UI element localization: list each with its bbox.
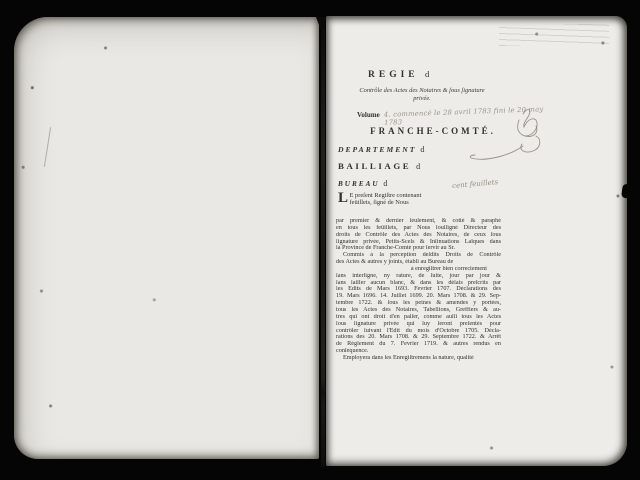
paragraph-1: par premier & dernier ſeulement, & cotté… [336,218,501,252]
text-line: contrôler ſuivant l'Edit du mois d'Octob… [336,328,501,335]
register-line-2: feüillets, ſigné de Nous [350,199,409,206]
text-line: tous les Actes des Notaires, Tabellions,… [336,307,501,314]
text-line: 19. Mars 1696. 14. Juillet 1699. 20. Mar… [336,293,501,300]
text-line: de Réglement du 7. Fevrier 1719. & autre… [336,341,501,348]
text-line: la Province de Franche-Comté pour ſervir… [336,245,501,252]
document-subtitle: Contrôle des Actes des Notaires & ſous ſ… [338,87,506,102]
dropcap-L: L [338,192,350,205]
text-line: Employera dans les Enregiſtremens la nat… [336,355,501,362]
folio-count-handwritten-note: cent feuillets [452,176,522,190]
book-scan: REGIE d Contrôle des Actes des Notaires … [0,0,640,480]
paragraph-2-opening: Commis à la perception deſdits Droits de… [336,252,501,266]
subtitle-line-1: Contrôle des Actes des Notaires & ſous ſ… [338,87,506,95]
bailliage-fill-in-letter: d [416,162,420,171]
signature-flourish [461,104,571,176]
text-line: ſignature privée, Petits-Scels & Inſinua… [336,239,501,246]
text-line: conſéquence. [336,348,501,355]
document-title: REGIE d [368,69,429,80]
subtitle-line-2: privée. [338,95,506,103]
bureau-fill-in-letter: d [383,179,387,188]
text-line: les Edits de Mars 1693. Fevrier 1707. Dé… [336,286,501,293]
left-blank-page [14,17,319,459]
bailliage-label: BAILLIAGE [338,161,411,171]
text-line: tembre 1722. & ſous les peines & amendes… [336,300,501,307]
body-text: par premier & dernier ſeulement, & cotté… [336,218,501,362]
page-content: REGIE d Contrôle des Actes des Notaires … [326,16,627,466]
text-line: ſans laiſſer aucun blanc, & dans les dél… [336,280,501,287]
text-line: rations des 20. Mars 1708. & 29. Septemb… [336,334,501,341]
text-line: des Actes & autres y joints, établi au B… [336,259,501,266]
text-line: en tous les feüillets, par Nous ſouſſign… [336,225,501,232]
paragraph-3: Employera dans les Enregiſtremens la nat… [336,355,501,362]
bailliage-heading: BAILLIAGE d [338,161,420,171]
text-line: droits de Contrôle des Actes des Notaire… [336,232,501,239]
departement-fill-in-letter: d [420,145,424,154]
text-line: par premier & dernier ſeulement, & cotté… [336,218,501,225]
page-crease [44,127,51,167]
text-line: tres qui ont droit d'en paſſer, comme au… [336,314,501,321]
register-statement: L E preſent Regiſtre contenant feüillets… [338,192,498,207]
text-line: ſans interligne, ny rature, de ſuite, jo… [336,273,501,280]
right-printed-page: REGIE d Contrôle des Actes des Notaires … [326,16,627,466]
paragraph-2-bureau-line: à enregiſtrer bien correctement [336,266,501,273]
regie-fill-in-letter: d [425,69,429,79]
paragraph-2-continuation: ſans interligne, ny rature, de ſuite, jo… [336,273,501,355]
volume-label: Volume [357,111,380,119]
bureau-label: BUREAU [338,180,380,188]
bureau-heading: BUREAU d [338,179,387,188]
text-line: ſous ſignature privée qui luy ſeront pre… [336,321,501,328]
gutter-shadow-lower [319,380,326,406]
departement-heading: DEPARTEMENT d [338,145,424,154]
departement-label: DEPARTEMENT [338,145,416,154]
text-line: Commis à la perception deſdits Droits de… [336,252,501,259]
register-line-1: E preſent Regiſtre contenant [350,192,422,199]
regie-label: REGIE [368,70,419,80]
